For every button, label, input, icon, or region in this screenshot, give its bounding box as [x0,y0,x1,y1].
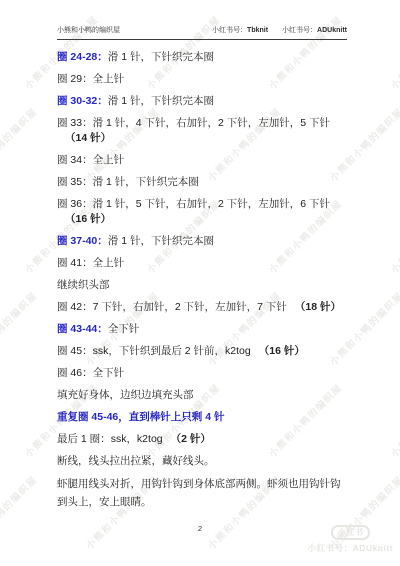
pattern-line: 圈 43-44：全下针 [57,322,349,337]
instruction-text: 滑 1 针，下针织完本圈 [108,51,214,63]
instruction-text: 7 下针，右加针，2 下针，左加针，7 下针 [93,301,287,313]
pattern-line: 圈 33：滑 1 针，4 下针，右加针，2 下针，左加针，5 下针（14 针） [57,116,349,146]
stitch-count: （16 针） [259,345,305,357]
background-watermark: 小熊和小鸭的编织屋 [0,104,40,184]
pattern-line: 填充好身体，边织边填充头部 [57,388,349,403]
round-label: 圈 37-40： [57,235,108,247]
instruction-text: 全下针 [108,323,140,335]
round-label: 圈 36： [57,198,93,210]
account-1-label: 小红书号： [212,27,247,34]
pattern-line: 虾腿用线头对折，用钩针钩到身体底部两侧。虾须也用钩针钩到头上，安上眼睛。 [57,476,349,511]
pattern-line: 圈 46：全下针 [57,366,349,381]
instruction-text: 滑 1 针，4 下针，右加针，2 下针，左加针，5 下针 [93,117,330,129]
pattern-line: 圈 30-32：滑 1 针，下针织完本圈 [57,94,349,109]
site-title: 小熊和小鸭的编织屋 [57,25,120,35]
instruction-text: ssk，下针织到最后 2 针前，k2tog [93,345,251,357]
account-2-label: 小红书号： [282,27,317,34]
pattern-line: 圈 35：滑 1 针，下针织完本圈 [57,175,349,190]
instruction-text: 滑 1 针，下针织完本圈 [93,176,199,188]
instruction-text: 滑 1 针，下针织完本圈 [108,235,214,247]
instruction-text: 虾腿用线头对折，用钩针钩到身体底部两侧。虾须也用钩针钩到头上，安上眼睛。 [57,478,341,508]
instruction-text: 重复圈 45-46，直到棒针上只剩 4 针 [57,411,224,423]
round-label: 圈 35： [57,176,93,188]
background-watermark: 小熊和小鸭的编织屋 [387,380,400,460]
pattern-line: 圈 34：全上针 [57,153,349,168]
instruction-text: 滑 1 针，下针织完本圈 [108,95,214,107]
instruction-text: 继续织头部 [57,279,110,291]
background-watermark: 小熊和小鸭的编织屋 [387,196,400,276]
round-label: 圈 41： [57,257,93,269]
instruction-text: 断线，线头拉出拉紧，藏好线头。 [57,455,215,467]
stitch-count: （18 针） [295,301,341,313]
pattern-lines: 圈 24-28：滑 1 针，下针织完本圈圈 29：全上针圈 30-32：滑 1 … [57,50,349,518]
background-watermark: 小熊和小鸭的编织屋 [0,472,40,552]
instruction-text: ssk，k2tog [111,433,163,445]
account-2-value: ADUknitt [317,27,347,34]
round-label: 圈 33： [57,117,93,129]
round-label: 圈 29： [57,73,93,85]
pattern-line: 重复圈 45-46，直到棒针上只剩 4 针 [57,410,349,425]
round-label: 圈 43-44： [57,323,108,335]
xiaohongshu-watermark: 小红书 小红书号：ADUknitt [308,522,393,554]
pattern-line: 圈 36：滑 1 针，5 下针，右加针，2 下针，左加针，6 下针（16 针） [57,197,349,227]
xiaohongshu-logo-badge: 小红书 [331,525,371,540]
round-label: 圈 34： [57,154,93,166]
pattern-line: 圈 29：全上针 [57,72,349,87]
pattern-line: 圈 45：ssk，下针织到最后 2 针前，k2tog（16 针） [57,344,349,359]
stitch-count: （16 针） [65,213,111,225]
xiaohongshu-account-label: 小红书号：ADUknitt [308,542,393,554]
pattern-line: 最后 1 圈：ssk，k2tog（2 针） [57,432,349,447]
instruction-text: 滑 1 针，5 下针，右加针，2 下针，左加针，6 下针 [93,198,330,210]
round-label: 圈 30-32： [57,95,108,107]
round-label: 圈 45： [57,345,93,357]
instruction-text: 全下针 [93,367,125,379]
round-label: 圈 42： [57,301,93,313]
pattern-line: 断线，线头拉出拉紧，藏好线头。 [57,454,349,469]
background-watermark: 小熊和小鸭的编织屋 [387,12,400,92]
instruction-text: 全上针 [93,257,125,269]
background-watermark: 小熊和小鸭的编织屋 [0,288,40,368]
pattern-line: 圈 37-40：滑 1 针，下针织完本圈 [57,234,349,249]
round-label: 圈 46： [57,367,93,379]
page-header: 小熊和小鸭的编织屋 小红书号：Tbknit 小红书号：ADUknitt [57,25,347,40]
instruction-text: 全上针 [93,154,125,166]
pattern-line: 圈 24-28：滑 1 针，下针织完本圈 [57,50,349,65]
pattern-line: 圈 41：全上针 [57,256,349,271]
account-2: 小红书号：ADUknitt [282,25,347,35]
instruction-text: 全上针 [93,73,125,85]
account-1: 小红书号：Tbknit [212,25,268,35]
stitch-count: （14 针） [65,132,111,144]
account-1-value: Tbknit [247,27,268,34]
document-page: 小熊和小鸭的编织屋小熊和小鸭的编织屋小熊和小鸭的编织屋小熊和小鸭的编织屋小熊和小… [0,0,400,566]
round-label: 圈 24-28： [57,51,108,63]
pattern-line: 圈 42：7 下针，右加针，2 下针，左加针，7 下针（18 针） [57,300,349,315]
header-accounts: 小红书号：Tbknit 小红书号：ADUknitt [212,25,347,35]
stitch-count: （2 针） [171,433,211,445]
instruction-text: 填充好身体，边织边填充头部 [57,389,194,401]
pattern-line: 继续织头部 [57,278,349,293]
round-label: 最后 1 圈： [57,433,111,445]
